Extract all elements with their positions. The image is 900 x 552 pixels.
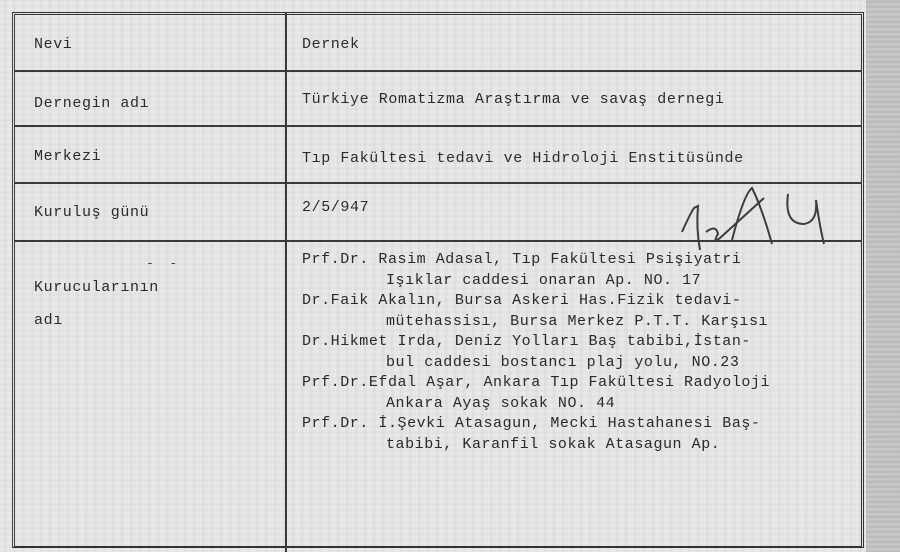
founder-entry-line: Dr.Faik Akalın, Bursa Askeri Has.Fizik t…	[302, 291, 872, 312]
field-label-founders-names-line2: adı	[34, 312, 63, 329]
founder-entry-line: Dr.Hikmet Irda, Deniz Yolları Baş tabibi…	[302, 332, 872, 353]
field-value-association-name: Türkiye Romatizma Araştırma ve savaş der…	[302, 91, 724, 108]
field-label-headquarters: Merkezi	[34, 148, 101, 165]
founder-address-line: Ankara Ayaş sokak NO. 44	[302, 394, 872, 415]
founder-address-line: bul caddesi bostancı plaj yolu, NO.23	[302, 353, 872, 374]
founder-address-line: tabibi, Karanfil sokak Atasagun Ap.	[302, 435, 872, 456]
founder-address-line: Işıklar caddesi onaran Ap. NO. 17	[302, 271, 872, 292]
row-divider	[14, 70, 862, 72]
founders-list: Prf.Dr. Rasim Adasal, Tıp Fakültesi Psiş…	[302, 250, 872, 455]
founder-entry-line: Prf.Dr. İ.Şevki Atasagun, Mecki Hastahan…	[302, 414, 872, 435]
field-value-type: Dernek	[302, 36, 360, 53]
founder-entry-line: Prf.Dr. Rasim Adasal, Tıp Fakültesi Psiş…	[302, 250, 872, 271]
field-label-founders-names-line1: Kurucularının	[34, 279, 159, 296]
field-value-founding-date: 2/5/947	[302, 199, 369, 216]
field-label-founding-date: Kuruluş günü	[34, 204, 149, 221]
founder-address-line: mütehassisı, Bursa Merkez P.T.T. Karşısı	[302, 312, 872, 333]
founder-entry-line: Prf.Dr.Efdal Aşar, Ankara Tıp Fakültesi …	[302, 373, 872, 394]
column-divider	[285, 12, 287, 552]
dash-mark: - -	[146, 256, 177, 271]
row-divider	[14, 125, 862, 127]
field-label-association-name: Dernegin adı	[34, 95, 149, 112]
handwritten-annotation	[672, 184, 842, 254]
field-value-headquarters: Tıp Fakültesi tedavi ve Hidroloji Enstit…	[302, 150, 744, 167]
field-label-type: Nevi	[34, 36, 72, 53]
